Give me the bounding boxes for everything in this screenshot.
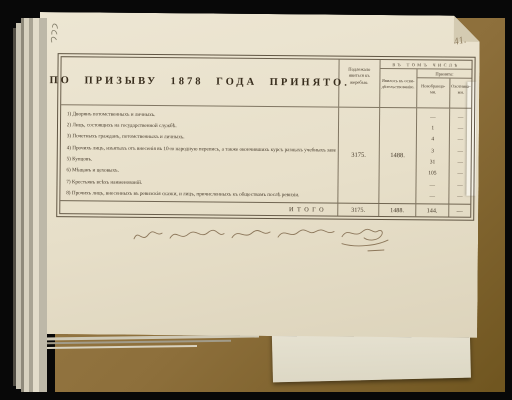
column-group-accepted: Принято: Новобранца- ми. Охотника- ми. — [417, 69, 472, 107]
table-row: 4) Прочихъ лицъ, изъятыхъ отъ внесенія в… — [67, 143, 336, 157]
table-body: 1) Дворянъ потомственныхъ и личныхъ. 2) … — [60, 105, 471, 204]
folio-number: 41. — [453, 34, 468, 48]
category-labels: 1) Дворянъ потомственныхъ и личныхъ. 2) … — [60, 105, 339, 202]
page-edges-stack — [13, 18, 47, 392]
due-total-value: 3175. — [338, 107, 380, 202]
totals-label: ИТОГО — [60, 201, 338, 216]
totals-recruits: 144. — [416, 204, 449, 217]
volunteers-values: — — — — — — — — — [449, 108, 471, 203]
column-header-appeared: Явилось къ осви- дѣтельствованію. — [380, 69, 417, 107]
handwritten-signature — [130, 223, 400, 255]
totals-row: ИТОГО 3175. 1488. 144. — — [60, 200, 471, 217]
totals-appeared: 1488. — [379, 204, 416, 217]
column-group-in-that-number: ВЪ ТОМЪ ЧИСЛѢ Явилось къ осви- дѣтельств… — [380, 60, 472, 108]
recruits-values: — 1 4 3 31 105 — — — [416, 108, 450, 203]
appeared-total-value: 1488. — [379, 108, 417, 203]
totals-volunteers: — — [449, 204, 471, 217]
accepted-header: Принято: — [417, 69, 471, 78]
column-header-volunteers: Охотника- ми. — [450, 78, 472, 107]
conscription-table: ПО ПРИЗЫВУ 1878 ГОДА ПРИНЯТО. Подлежало … — [56, 53, 475, 221]
column-header-due-to-appear: Подлежало явиться къ жеребью. — [339, 59, 380, 106]
table-title-cell: ПО ПРИЗЫВУ 1878 ГОДА ПРИНЯТО. — [61, 57, 339, 106]
ledger-page: 41. ПО ПРИЗЫВУ 1878 ГОДА ПРИНЯТО. Подлеж… — [37, 12, 480, 338]
table-title: ПО ПРИЗЫВУ 1878 ГОДА ПРИНЯТО. — [49, 75, 349, 89]
page-edge — [39, 18, 47, 392]
totals-due: 3175. — [338, 203, 379, 216]
column-header-recruits: Новобранца- ми. — [417, 78, 450, 107]
table-header: ПО ПРИЗЫВУ 1878 ГОДА ПРИНЯТО. Подлежало … — [61, 57, 472, 109]
photo-of-archival-ledger: { "page": { "folio": "41." }, "table": {… — [0, 0, 512, 400]
